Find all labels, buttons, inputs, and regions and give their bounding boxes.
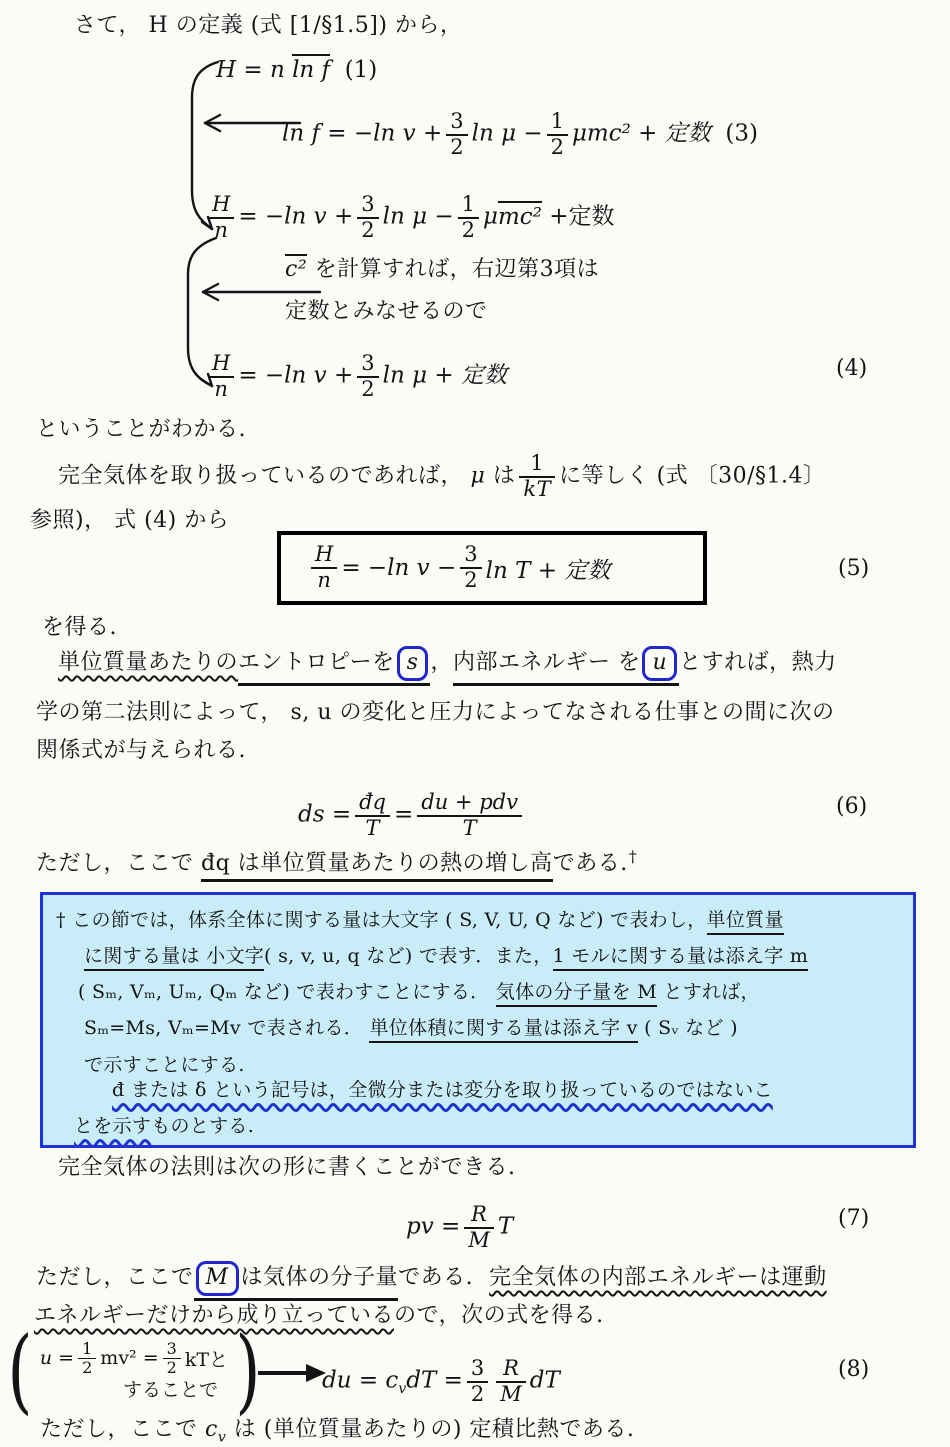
numerator: R (464, 1203, 494, 1229)
footnote-line: とを示すものとする. (74, 1111, 254, 1138)
fraction: 32 (163, 1340, 181, 1377)
numerator: 3 (163, 1340, 181, 1359)
overlined-math: c² (285, 254, 307, 282)
fraction: 32 (460, 543, 481, 592)
equation-number: (5) (838, 556, 869, 581)
margin-note-line-2: 定数とみなせるので (285, 294, 488, 325)
note-text: を計算すれば，右辺第3項は (315, 257, 600, 282)
sentence: ということがわかる. (36, 417, 246, 442)
sentence: 参照)， 式 (4) から (30, 508, 229, 533)
equation-6: ds =đqT=du + pdvT (298, 791, 526, 840)
sentence: ， (430, 650, 453, 675)
equation-4: Hn= −ln v +32ln μ + 定数 (204, 352, 507, 401)
body-text-annotated: ただし，ここでMは気体の分子量である.完全気体の内部エネルギーは運動 (36, 1260, 827, 1301)
denominator: T (355, 817, 390, 841)
numerator: 1 (78, 1340, 96, 1359)
intro-text: さて， H の定義 (式 [1/§1.5]) から， (74, 8, 462, 39)
sentence: を得る. (42, 615, 117, 640)
fraction: 12 (78, 1340, 96, 1377)
blue-wavy-underlined-text: とを示す (74, 1115, 151, 1137)
math-fragment: du = c (322, 1368, 398, 1394)
underlined-group: Mは気体の分子量 (194, 1260, 399, 1301)
math-fragment: mv² = (100, 1347, 158, 1369)
math-fragment: +定数 (549, 204, 614, 230)
fraction: 32 (357, 193, 378, 242)
body-text: 完全気体の法則は次の形に書くことができる. (58, 1150, 516, 1181)
footnote-text: ものとする. (151, 1115, 254, 1137)
underlined-text: エントロピーを (238, 650, 395, 675)
fraction: Hn (208, 193, 234, 242)
fraction: 1kT (519, 452, 555, 501)
math-fragment: ln μ − (383, 204, 454, 230)
math-fragment: pv = (406, 1214, 460, 1240)
note-text: することで (123, 1379, 218, 1401)
numerator: 3 (357, 352, 378, 378)
numerator: 3 (467, 1357, 488, 1383)
annotation-box-u: u (642, 646, 677, 681)
footnote-line: に関する量は 小文字( s, v, u, q など) で表す．また，1 モルに関… (84, 941, 808, 968)
subscript: v (218, 1429, 226, 1445)
numerator: 3 (357, 193, 378, 219)
denominator: 2 (78, 1359, 96, 1377)
numerator: H (208, 352, 234, 378)
numerator: H (208, 193, 234, 219)
dagger-icon: † (629, 847, 638, 866)
body-text: ということがわかる. (36, 412, 246, 443)
numerator: 1 (458, 193, 479, 219)
fraction: RM (496, 1357, 526, 1406)
math-fragment: ln f = −ln v + (282, 121, 442, 147)
open-paren: ( (7, 1334, 32, 1408)
equation-number: (6) (836, 794, 867, 819)
equation-number: (8) (838, 1357, 869, 1382)
wavy-underlined-text: エネルギーだけから成り立っている (34, 1303, 394, 1328)
body-text-annotated: 単位質量あたりのエントロピーをs，内部エネルギー をuとすれば，熱力 (58, 645, 837, 686)
numerator: đq (355, 791, 390, 817)
underlined-text: 単位質量 (707, 909, 784, 935)
sentence: とすれば，熱力 (679, 650, 837, 675)
math-fragment: ds = (298, 802, 351, 828)
underlined-text: 気体の分子量を M (496, 981, 657, 1007)
footnote-text: で示すことにする. (84, 1054, 245, 1076)
sentence: 関係式が与えられる. (36, 738, 246, 763)
math-fragment: c (205, 1417, 218, 1442)
math-fragment: dT (530, 1368, 560, 1394)
fraction: Hn (208, 352, 234, 401)
equation-8: du = cvdT =32RMdT (322, 1357, 560, 1406)
body-text-annotated: ただし，ここで đq は単位質量あたりの熱の増し高である.† (36, 846, 637, 877)
sentence: は (493, 464, 516, 489)
numerator: du + pdv (417, 791, 522, 817)
fraction: 32 (467, 1357, 488, 1406)
equation-7: pv =RMT (406, 1203, 513, 1252)
sentence: 学の第二法則によって， s, u の変化と圧力によってなされる仕事との間に次の (36, 700, 835, 725)
math-fragment: = −ln v + (238, 363, 353, 389)
math-fragment: kTと (185, 1345, 228, 1372)
fraction: RM (464, 1203, 494, 1252)
footnote-text: ( Sₘ, Vₘ, Uₘ, Qₘ など) で表わすことにする． (78, 981, 489, 1003)
fraction: Hn (311, 543, 337, 592)
sentence: 完全気体の法則は次の形に書くことができる. (58, 1155, 516, 1180)
underlined-text: は気体の分子量 (241, 1265, 399, 1290)
denominator: 2 (446, 136, 467, 160)
fraction: du + pdvT (417, 791, 522, 840)
numerator: 3 (460, 543, 481, 569)
denominator: n (208, 219, 234, 243)
underlined-text: 1 モルに関する量は添え字 m (553, 945, 809, 971)
equation-number-4: (4) (836, 356, 867, 381)
denominator: 2 (460, 569, 481, 593)
math-fragment: μ (483, 204, 498, 230)
equation-number: (3) (725, 121, 758, 147)
wavy-underlined-text: 完全気体の内部エネルギーは運動 (489, 1265, 827, 1290)
equation-number: (7) (838, 1206, 869, 1231)
footnote-text: ( Sᵥ など ) (644, 1017, 738, 1039)
fraction: 32 (357, 352, 378, 401)
math-fragment: μmc² + 定数 (572, 121, 711, 147)
body-text: 参照)， 式 (4) から (30, 503, 229, 534)
annotation-box-M: M (196, 1261, 239, 1296)
footnote-line: で示すことにする. (84, 1050, 245, 1077)
underlined-group: cv は (単位質量あたりの) 定積比熱 (205, 1412, 559, 1447)
underlined-text: 単位体積に関する量は添え字 v (369, 1017, 637, 1043)
fraction: đqT (355, 791, 390, 840)
handwritten-annotation: ( u =12mv² =32kTと することで ) (2, 1334, 266, 1408)
denominator: 2 (547, 136, 568, 160)
footnote-line: Sₘ=Ms, Vₘ=Mv で表される． 単位体積に関する量は添え字 v ( Sᵥ… (84, 1013, 738, 1040)
margin-note-line-1: c² を計算すれば，右辺第3項は (285, 252, 599, 283)
footnote-text: Sₘ=Ms, Vₘ=Mv で表される． (84, 1017, 363, 1039)
sentence: ただし，ここで (36, 851, 194, 876)
numerator: 1 (547, 110, 568, 136)
intro-sentence: さて， H の定義 (式 [1/§1.5]) から， (74, 13, 462, 38)
math-fragment: T (498, 1214, 513, 1240)
denominator: M (464, 1229, 494, 1253)
numerator: H (311, 543, 337, 569)
numerator: R (496, 1357, 526, 1383)
sentence: ただし，ここで (40, 1417, 198, 1442)
overlined-math: mc² (498, 201, 542, 230)
math-fragment: = −ln v − (341, 555, 456, 581)
sentence: に等しく (式 〔30/§1.4〕 (559, 464, 825, 489)
equation-1: H = n ln f (1) (216, 57, 377, 83)
denominator: T (417, 817, 522, 841)
footnote-text: とすれば， (663, 981, 760, 1003)
math-fragment: ln μ − (472, 121, 543, 147)
denominator: 2 (357, 219, 378, 243)
numerator: 1 (519, 452, 555, 478)
math-fragment: u = (40, 1347, 74, 1369)
sentence: ただし，ここで (36, 1265, 194, 1290)
equation-number-6: (6) (836, 794, 867, 819)
equation-hn-full: Hn= −ln v +32ln μ −12μmc² +定数 (204, 193, 614, 242)
body-text: を得る. (42, 610, 117, 641)
equation-number-5: (5) (838, 556, 869, 581)
equation-number-8: (8) (838, 1357, 869, 1382)
math-fragment: H = n (216, 57, 285, 83)
sentence: ので，次の式を得る. (394, 1303, 604, 1328)
math-fragment: ln μ + 定数 (383, 363, 507, 389)
overlined-math: ln f (292, 54, 330, 83)
underlined-text: 内部エネルギー を (453, 650, 641, 675)
body-text-annotated: ただし，ここで cv は (単位質量あたりの) 定積比熱である. (40, 1412, 634, 1447)
underlined-text: に関する量は 小文字 (84, 945, 264, 971)
underlined-group: 内部エネルギー をu (453, 645, 679, 686)
denominator: 2 (467, 1383, 488, 1407)
denominator: 2 (357, 378, 378, 402)
handwritten-note: u =12mv² =32kTと することで (40, 1340, 228, 1402)
sentence: 完全気体を取り扱っているのであれば， (58, 464, 463, 489)
sentence: である. (559, 1417, 634, 1442)
fraction: 12 (547, 110, 568, 159)
fraction: 12 (458, 193, 479, 242)
math-fragment: = −ln v + (238, 204, 353, 230)
denominator: M (496, 1383, 526, 1407)
underlined-text: đq は単位質量あたりの熱の増し高 (201, 851, 553, 882)
denominator: kT (519, 478, 555, 502)
annotation-box-s: s (397, 646, 429, 681)
equation-number: (4) (836, 356, 867, 381)
body-text-annotated: エネルギーだけから成り立っているので，次の式を得る. (34, 1298, 604, 1329)
wavy-underlined-text: 単位質量あたりの (58, 650, 238, 675)
math-fragment: = (394, 802, 413, 828)
math-fragment: dT = (406, 1368, 463, 1394)
body-text: 完全気体を取り扱っているのであれば， μ は1kTに等しく (式 〔30/§1.… (58, 452, 826, 501)
denominator: 2 (458, 219, 479, 243)
denominator: n (311, 569, 337, 593)
denominator: n (208, 378, 234, 402)
footnote-text: ( s, v, u, q など) で表す．また， (264, 945, 553, 967)
equation-number-7: (7) (838, 1206, 869, 1231)
body-text: 関係式が与えられる. (36, 733, 246, 764)
sentence: である. (553, 851, 628, 876)
sentence: である. (398, 1265, 473, 1290)
boxed-equation-5: Hn= −ln v −32ln T + 定数 (277, 531, 707, 605)
footnote-line: † この節では，体系全体に関する量は大文字 ( S, V, U, Q など) で… (56, 905, 784, 932)
blue-wavy-underlined-text: đ または δ という記号は，全微分または変分を取り扱っているのではないこ (112, 1079, 773, 1101)
implies-arrow-icon (256, 1362, 326, 1384)
note-text: 定数とみなせるので (285, 299, 488, 324)
equation-number: (1) (345, 57, 378, 83)
underlined-group: エントロピーをs (238, 645, 430, 686)
body-text: 学の第二法則によって， s, u の変化と圧力によってなされる仕事との間に次の (36, 695, 835, 726)
footnote-line: ( Sₘ, Vₘ, Uₘ, Qₘ など) で表わすことにする． 気体の分子量を … (78, 977, 760, 1004)
fraction: 32 (446, 110, 467, 159)
footnote-text: † この節では，体系全体に関する量は大文字 ( S, V, U, Q など) で… (56, 909, 707, 931)
equation-3: ln f = −ln v +32ln μ −12μmc² + 定数 (3) (282, 110, 758, 159)
math-fragment: ln T + 定数 (486, 552, 611, 585)
footnote-line: đ または δ という記号は，全微分または変分を取り扱っているのではないこ (112, 1075, 773, 1102)
math-fragment: μ (471, 464, 486, 489)
numerator: 3 (446, 110, 467, 136)
underlined-text: は (単位質量あたりの) 定積比熱 (234, 1417, 560, 1442)
textbook-page: さて， H の定義 (式 [1/§1.5]) から， H = n ln f (1… (0, 0, 950, 1447)
